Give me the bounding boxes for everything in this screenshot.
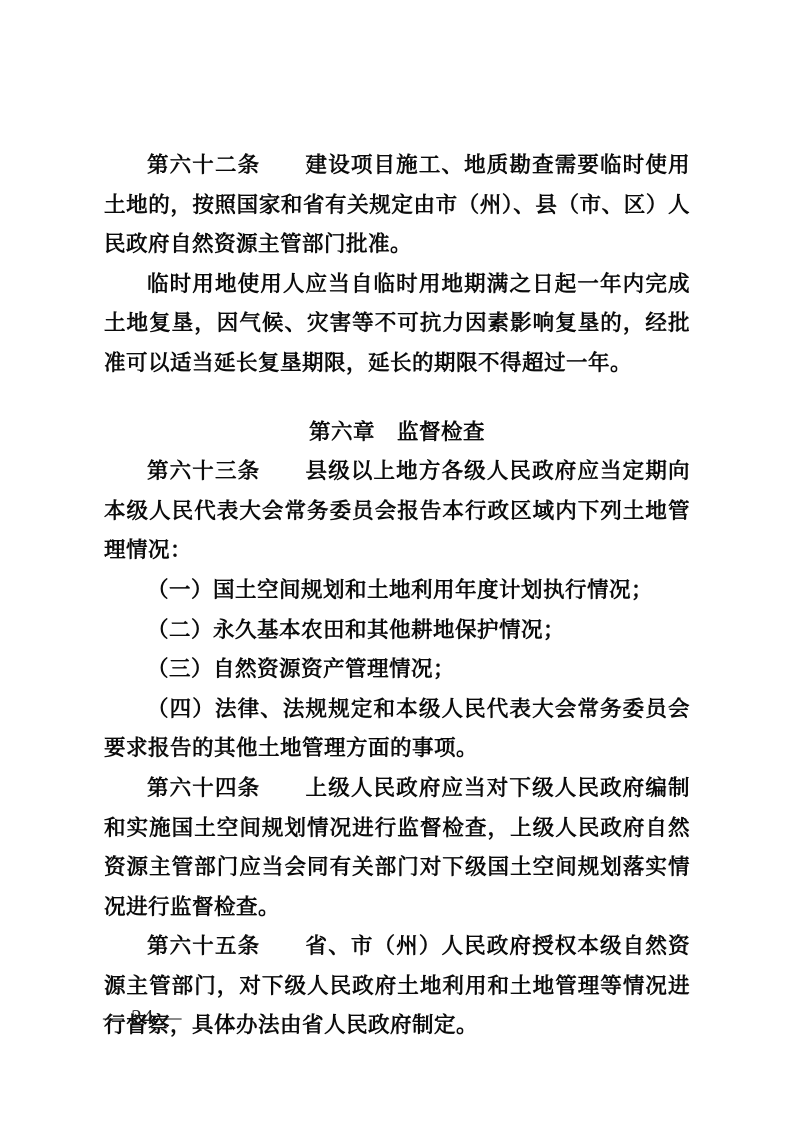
article-62-paragraph-1: 第六十二条 建设项目施工、地质勘查需要临时使用土地的，按照国家和省有关规定由市（…: [104, 146, 690, 265]
article-63-item-4: （四）法律、法规规定和本级人民代表大会常务委员会要求报告的其他土地管理方面的事项…: [104, 690, 690, 769]
article-65-paragraph: 第六十五条 省、市（州）人民政府授权本级自然资源主管部门，对下级人民政府土地利用…: [104, 927, 690, 1046]
article-63-paragraph: 第六十三条 县级以上地方各级人民政府应当定期向本级人民代表大会常务委员会报告本行…: [104, 452, 690, 571]
chapter-6-heading: 第六章 监督检查: [104, 413, 690, 453]
article-63-item-2: （二）永久基本农田和其他耕地保护情况；: [104, 611, 690, 651]
document-page: 第六十二条 建设项目施工、地质勘查需要临时使用土地的，按照国家和省有关规定由市（…: [0, 0, 793, 1122]
article-62-paragraph-2: 临时用地使用人应当自临时用地期满之日起一年内完成土地复垦，因气候、灾害等不可抗力…: [104, 265, 690, 384]
article-63-item-3: （三）自然资源资产管理情况；: [104, 650, 690, 690]
article-63-item-1: （一）国土空间规划和土地利用年度计划执行情况；: [104, 571, 690, 611]
article-64-paragraph: 第六十四条 上级人民政府应当对下级人民政府编制和实施国土空间规划情况进行监督检查…: [104, 769, 690, 927]
page-number: — 24 —: [103, 1005, 183, 1030]
document-body: 第六十二条 建设项目施工、地质勘查需要临时使用土地的，按照国家和省有关规定由市（…: [104, 146, 690, 1046]
